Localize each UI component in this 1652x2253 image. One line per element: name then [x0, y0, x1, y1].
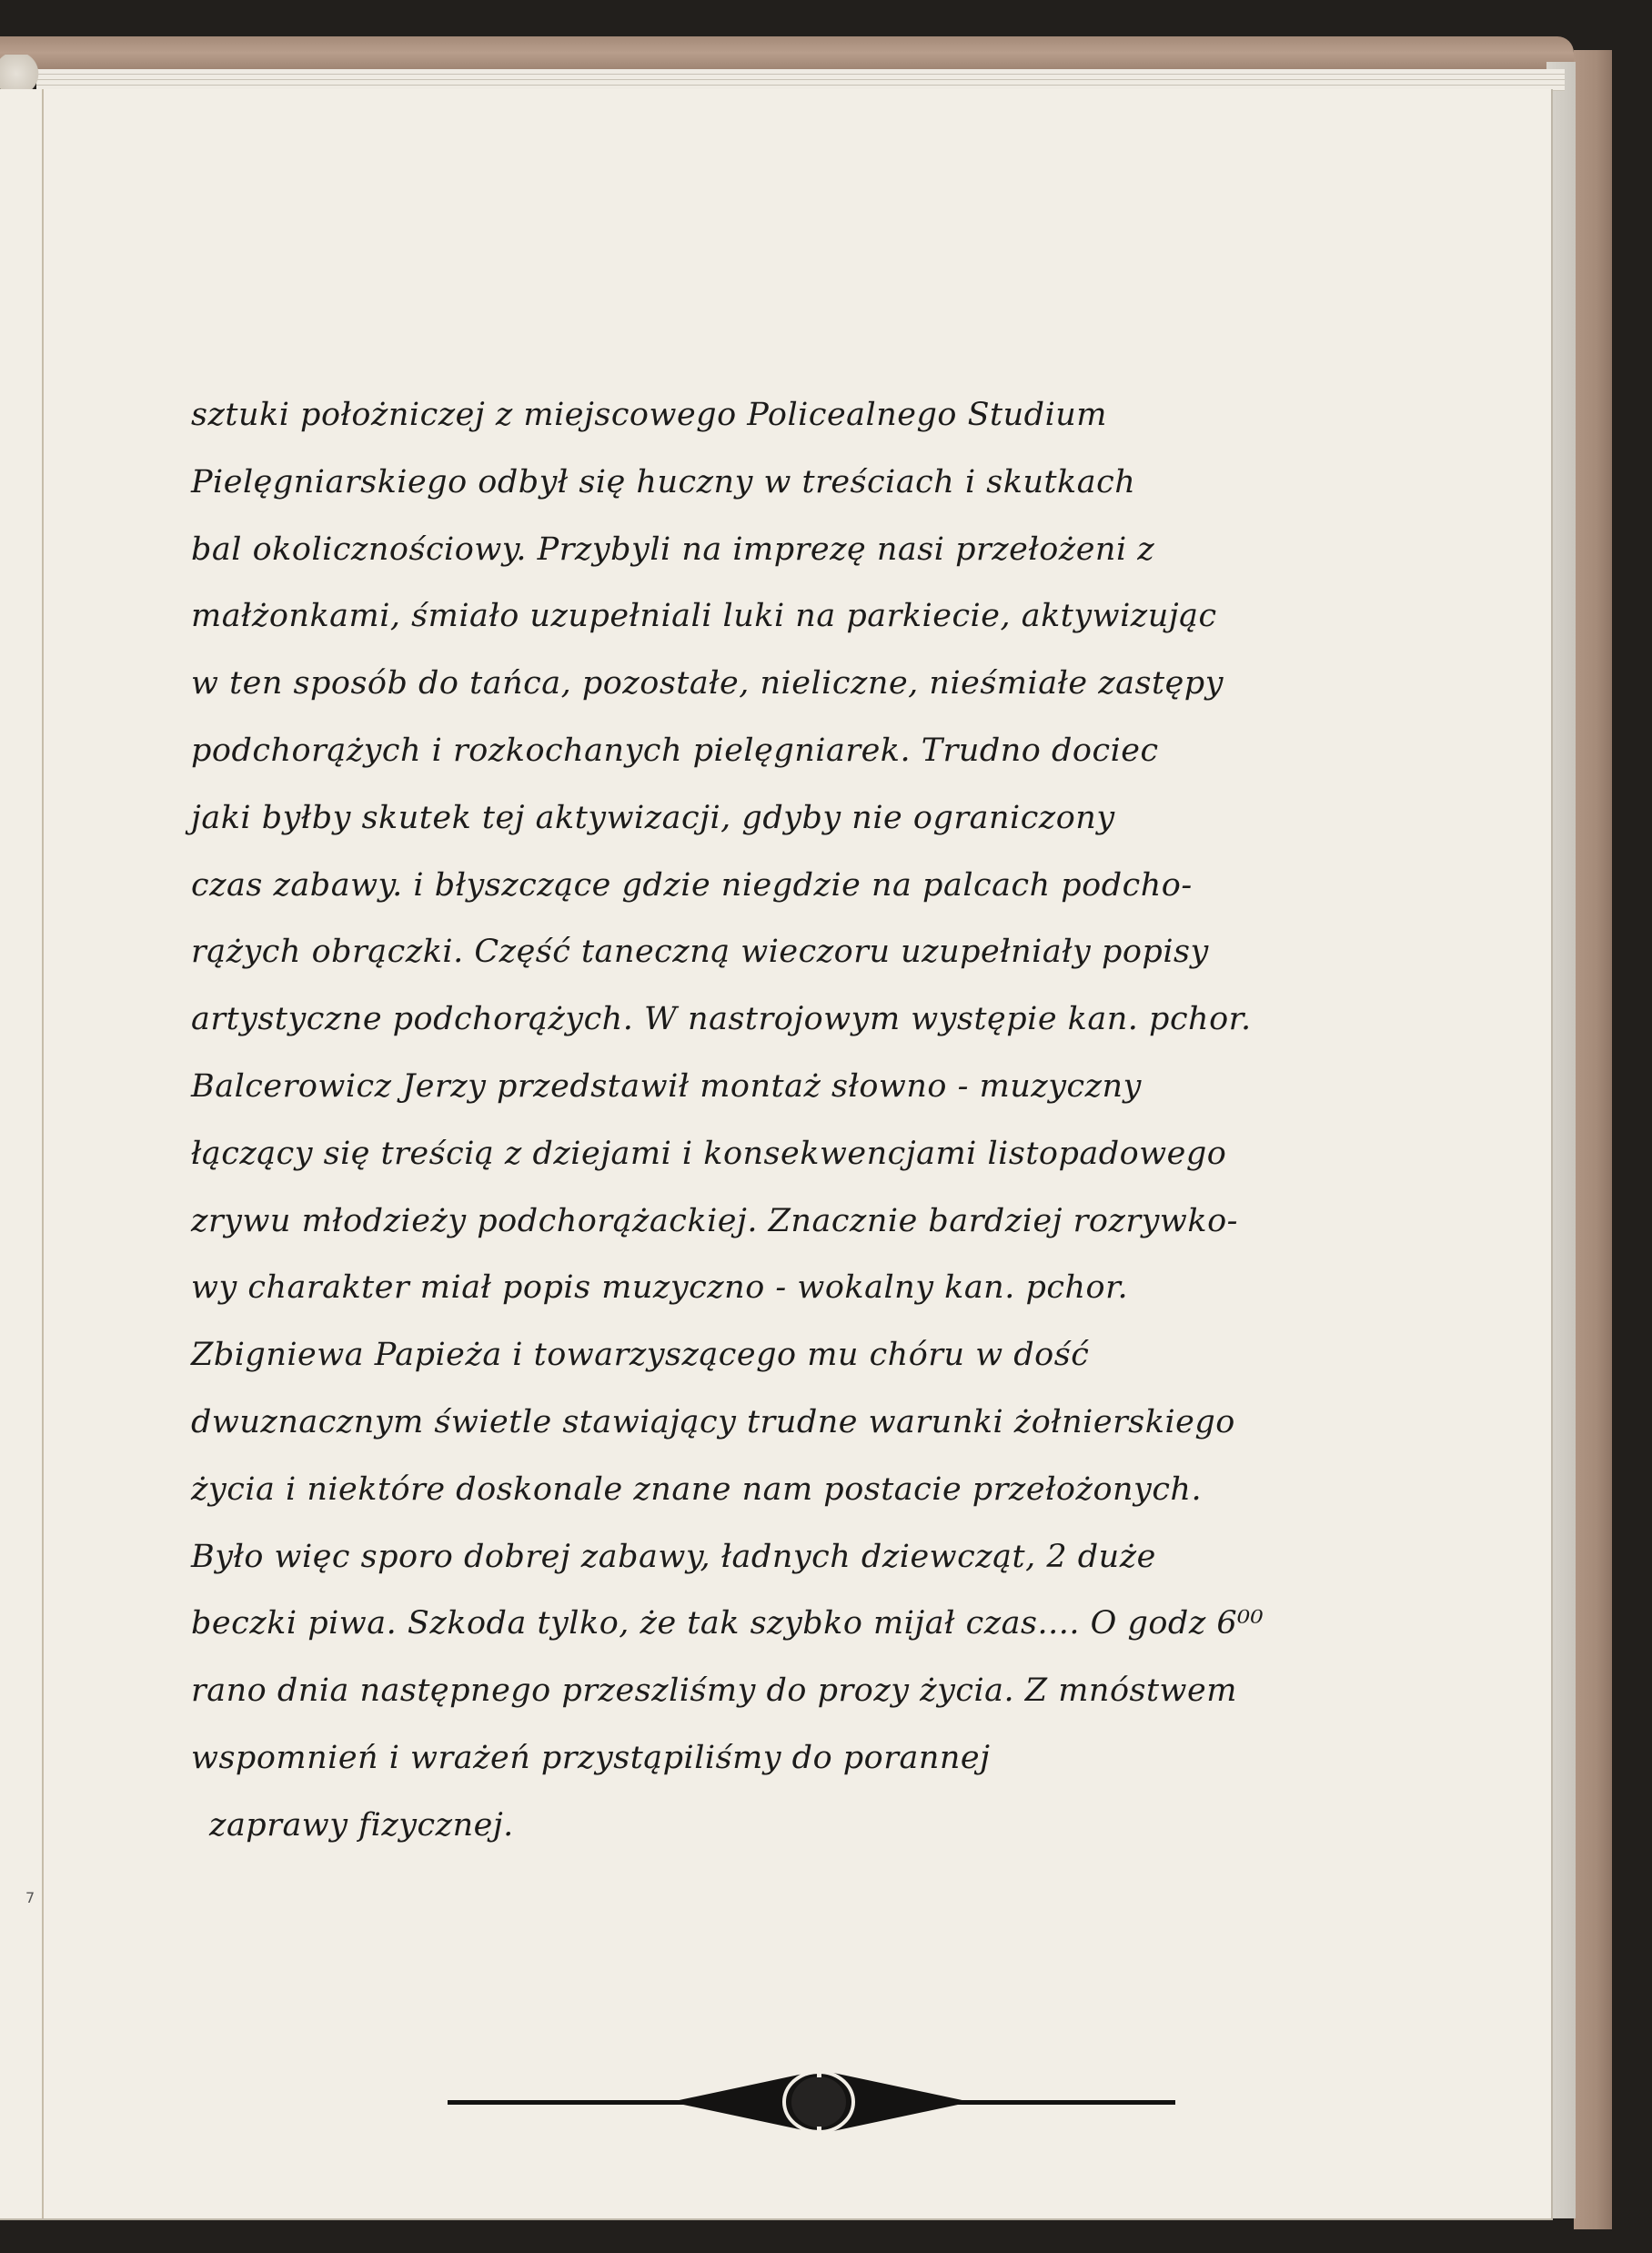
text-line: bal okolicznościowy. Przybyli na imprezę… [191, 517, 1483, 584]
text-line: czas zabawy. i błyszczące gdzie niegdzie… [191, 853, 1483, 920]
handwritten-text-block: sztuki położniczej z miejscowego Policea… [191, 382, 1483, 1860]
text-line: zaprawy fizycznej. [191, 1793, 1483, 1860]
text-line: małżonkami, śmiało uzupełniali luki na p… [191, 583, 1483, 651]
text-line: wspomnień i wrażeń przystąpiliśmy do por… [191, 1725, 1483, 1793]
text-line: artystyczne podchorążych. W nastrojowym … [191, 986, 1483, 1054]
text-line: dwuznacznym świetle stawiający trudne wa… [191, 1389, 1483, 1457]
margin-mark: 7 [25, 1889, 35, 1906]
text-line: beczki piwa. Szkoda tylko, że tak szybko… [191, 1591, 1483, 1658]
divider-ornament-icon [448, 2070, 1175, 2134]
text-line: jaki byłby skutek tej aktywizacji, gdyby… [191, 785, 1483, 853]
text-line: łączący się treścią z dziejami i konsekw… [191, 1121, 1483, 1188]
binding-thread [0, 55, 41, 93]
text-line: wy charakter miał popis muzyczno - wokal… [191, 1255, 1483, 1322]
book-cover-top-edge [0, 36, 1574, 69]
text-line: życia i niektóre doskonale znane nam pos… [191, 1457, 1483, 1524]
text-line: podchorążych i rozkochanych pielęgniarek… [191, 718, 1483, 785]
book-cover-right-edge [1574, 50, 1612, 2229]
text-line: Było więc sporo dobrej zabawy, ładnych d… [191, 1524, 1483, 1591]
text-line: rano dnia następnego przeszliśmy do proz… [191, 1658, 1483, 1725]
gutter-fold [42, 89, 44, 2218]
page-stack-top-edge [36, 69, 1565, 91]
text-line: w ten sposób do tańca, pozostałe, nielic… [191, 651, 1483, 718]
text-line: sztuki położniczej z miejscowego Policea… [191, 382, 1483, 450]
text-line: Pielęgniarskiego odbył się huczny w treś… [191, 450, 1483, 517]
text-line: rążych obrączki. Część taneczną wieczoru… [191, 919, 1483, 986]
text-line: zrywu młodzieży podchorążackiej. Znaczni… [191, 1188, 1483, 1256]
text-line: Zbigniewa Papieża i towarzyszącego mu ch… [191, 1322, 1483, 1389]
text-line: Balcerowicz Jerzy przedstawił montaż sło… [191, 1054, 1483, 1121]
